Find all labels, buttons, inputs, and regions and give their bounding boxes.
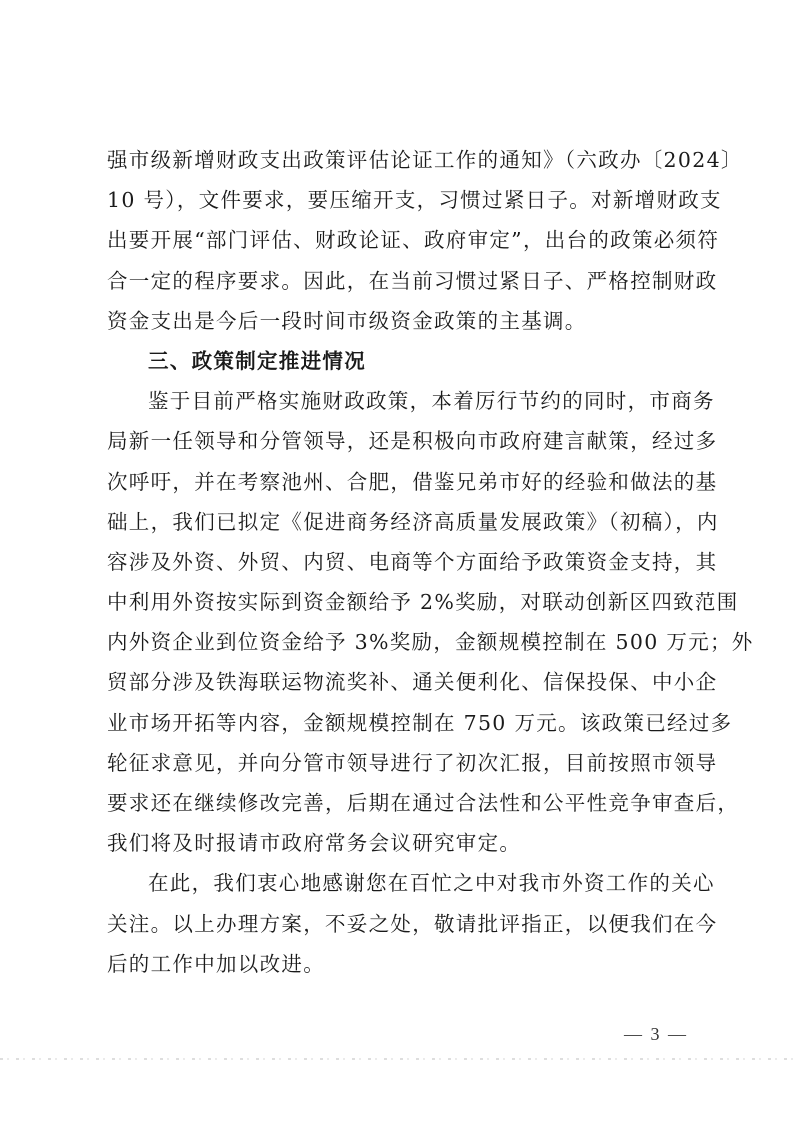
body-line: 出要开展“部门评估、财政论证、政府审定”，出台的政策必须符 (107, 220, 695, 260)
body-line: 次呼吁，并在考察池州、合肥，借鉴兄弟市好的经验和做法的基 (107, 462, 695, 502)
body-line: 要求还在继续修改完善，后期在通过合法性和公平性竞争审查后， (107, 783, 695, 823)
document-page: 强市级新增财政支出政策评估论证工作的通知》（六政办〔2024〕 10 号），文件… (0, 0, 793, 1122)
body-line: 中利用外资按实际到资金额给予 2%奖励，对联动创新区四致范围 (107, 582, 695, 622)
scan-artifact-divider (0, 1058, 793, 1060)
page-number: — 3 — (624, 1024, 688, 1045)
body-line: 后的工作中加以改进。 (107, 944, 695, 984)
body-line: 资金支出是今后一段时间市级资金政策的主基调。 (107, 301, 695, 341)
body-line: 10 号），文件要求，要压缩开支，习惯过紧日子。对新增财政支 (107, 180, 695, 220)
body-line: 在此，我们衷心地感谢您在百忙之中对我市外资工作的关心 (107, 863, 695, 903)
body-line: 强市级新增财政支出政策评估论证工作的通知》（六政办〔2024〕 (107, 140, 695, 180)
body-line: 容涉及外资、外贸、内贸、电商等个方面给予政策资金支持，其 (107, 542, 695, 582)
body-line: 合一定的程序要求。因此，在当前习惯过紧日子、严格控制财政 (107, 261, 695, 301)
body-line: 局新一任领导和分管领导，还是积极向市政府建言献策，经过多 (107, 421, 695, 461)
body-line: 业市场开拓等内容，金额规模控制在 750 万元。该政策已经过多 (107, 703, 695, 743)
body-line: 贸部分涉及铁海联运物流奖补、通关便利化、信保投保、中小企 (107, 662, 695, 702)
body-line: 础上，我们已拟定《促进商务经济高质量发展政策》（初稿），内 (107, 502, 695, 542)
document-body: 强市级新增财政支出政策评估论证工作的通知》（六政办〔2024〕 10 号），文件… (107, 140, 695, 984)
body-line: 轮征求意见，并向分管市领导进行了初次汇报，目前按照市领导 (107, 743, 695, 783)
section-heading: 三、政策制定推进情况 (107, 341, 695, 381)
body-line: 关注。以上办理方案，不妥之处，敬请批评指正，以便我们在今 (107, 904, 695, 944)
body-line: 我们将及时报请市政府常务会议研究审定。 (107, 823, 695, 863)
body-line: 内外资企业到位资金给予 3%奖励，金额规模控制在 500 万元；外 (107, 622, 695, 662)
body-line: 鉴于目前严格实施财政政策，本着厉行节约的同时，市商务 (107, 381, 695, 421)
